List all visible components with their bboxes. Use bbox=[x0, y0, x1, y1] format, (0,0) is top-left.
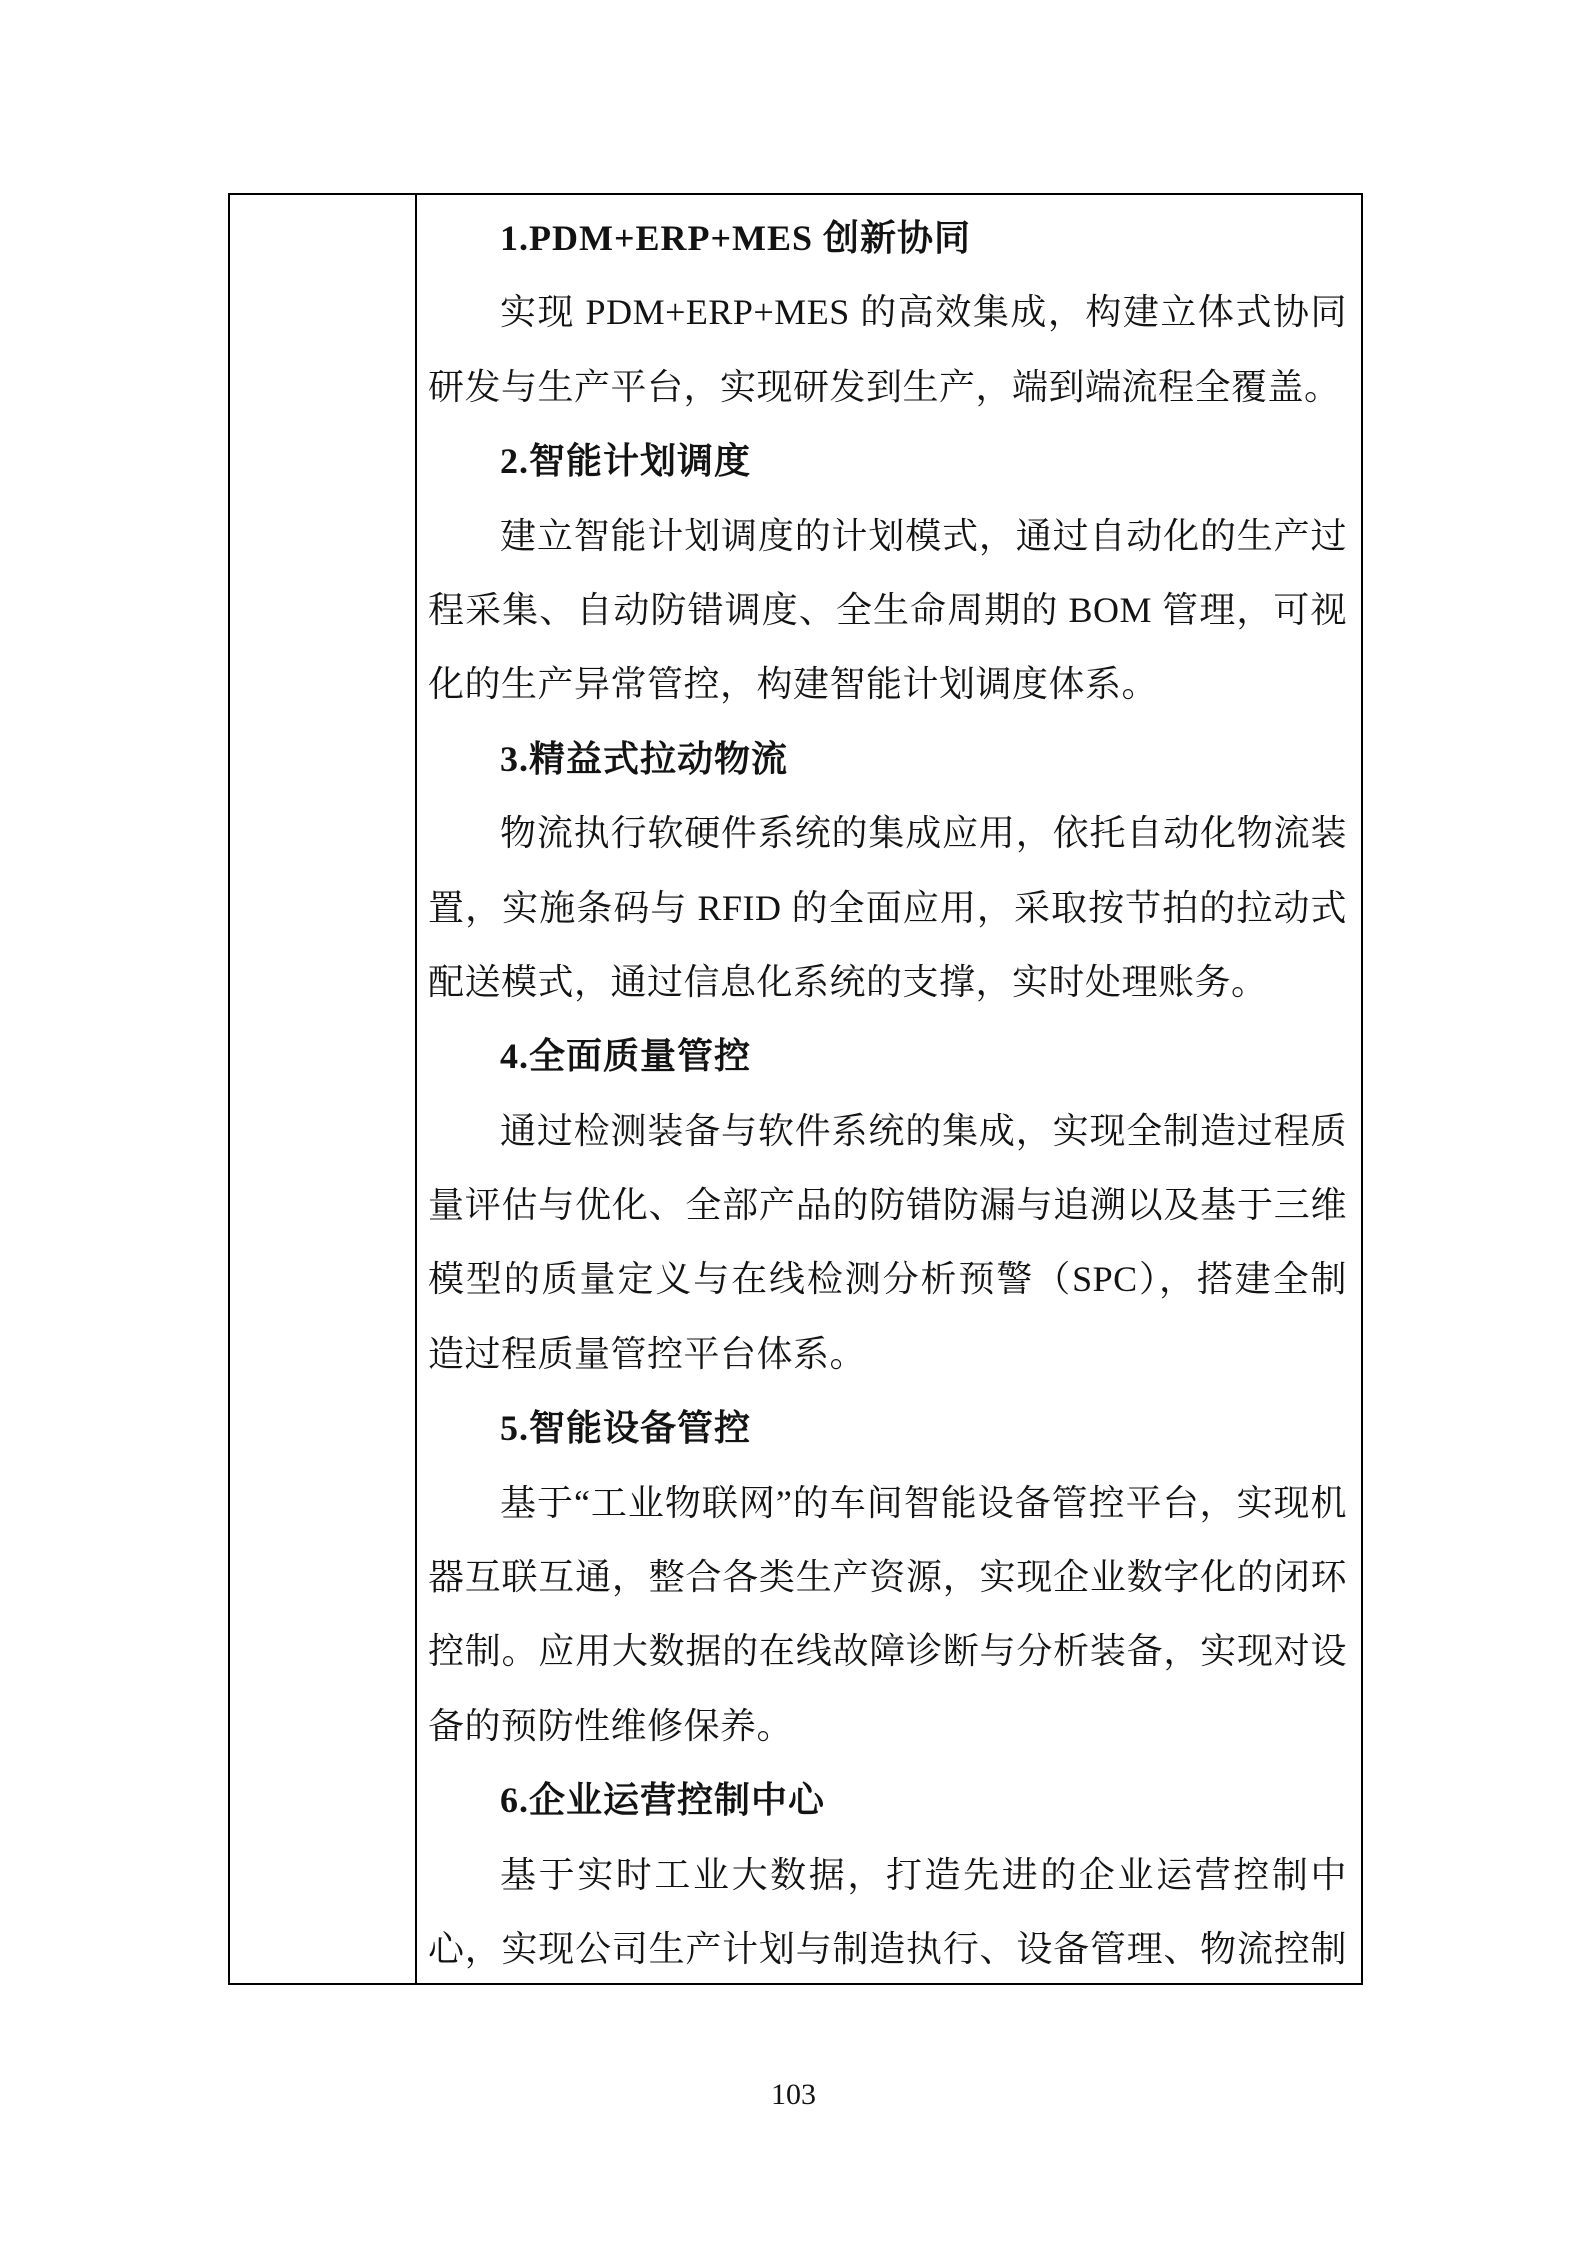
content-line: 心，实现公司生产计划与制造执行、设备管理、物流控制 bbox=[428, 1912, 1347, 1983]
content-line: 控制。应用大数据的在线故障诊断与分析装备，实现对设 bbox=[428, 1614, 1347, 1688]
section-heading-5: 5.智能设备管控 bbox=[428, 1391, 1347, 1465]
content-line: 建立智能计划调度的计划模式，通过自动化的生产过 bbox=[428, 499, 1347, 573]
content-table: 1.PDM+ERP+MES 创新协同 实现 PDM+ERP+MES 的高效集成，… bbox=[228, 193, 1363, 1985]
table-content-cell: 1.PDM+ERP+MES 创新协同 实现 PDM+ERP+MES 的高效集成，… bbox=[417, 195, 1361, 1983]
page-number: 103 bbox=[0, 2078, 1587, 2112]
content-line: 器互联互通，整合各类生产资源，实现企业数字化的闭环 bbox=[428, 1540, 1347, 1614]
document-page: { "document": { "page_number": "103", "t… bbox=[0, 0, 1587, 2245]
content-line: 研发与生产平台，实现研发到生产，端到端流程全覆盖。 bbox=[428, 350, 1347, 424]
section-heading-1: 1.PDM+ERP+MES 创新协同 bbox=[428, 201, 1347, 275]
content-line: 基于“工业物联网”的车间智能设备管控平台，实现机 bbox=[428, 1466, 1347, 1540]
content-line: 实现 PDM+ERP+MES 的高效集成，构建立体式协同 bbox=[428, 275, 1347, 349]
content-line: 造过程质量管控平台体系。 bbox=[428, 1317, 1347, 1391]
section-heading-3: 3.精益式拉动物流 bbox=[428, 722, 1347, 796]
table-left-cell bbox=[230, 195, 417, 1983]
content-line: 配送模式，通过信息化系统的支撑，实时处理账务。 bbox=[428, 945, 1347, 1019]
content-line: 备的预防性维修保养。 bbox=[428, 1689, 1347, 1763]
content-line: 置，实施条码与 RFID 的全面应用，采取按节拍的拉动式 bbox=[428, 871, 1347, 945]
content-line: 量评估与优化、全部产品的防错防漏与追溯以及基于三维 bbox=[428, 1168, 1347, 1242]
section-heading-2: 2.智能计划调度 bbox=[428, 424, 1347, 498]
content-line: 基于实时工业大数据，打造先进的企业运营控制中 bbox=[428, 1838, 1347, 1912]
content-line: 物流执行软硬件系统的集成应用，依托自动化物流装 bbox=[428, 796, 1347, 870]
section-heading-6: 6.企业运营控制中心 bbox=[428, 1763, 1347, 1837]
content-line: 程采集、自动防错调度、全生命周期的 BOM 管理，可视 bbox=[428, 573, 1347, 647]
content-line: 化的生产异常管控，构建智能计划调度体系。 bbox=[428, 647, 1347, 721]
content-line: 通过检测装备与软件系统的集成，实现全制造过程质 bbox=[428, 1094, 1347, 1168]
section-heading-4: 4.全面质量管控 bbox=[428, 1019, 1347, 1093]
content-line: 模型的质量定义与在线检测分析预警（SPC），搭建全制 bbox=[428, 1242, 1347, 1316]
